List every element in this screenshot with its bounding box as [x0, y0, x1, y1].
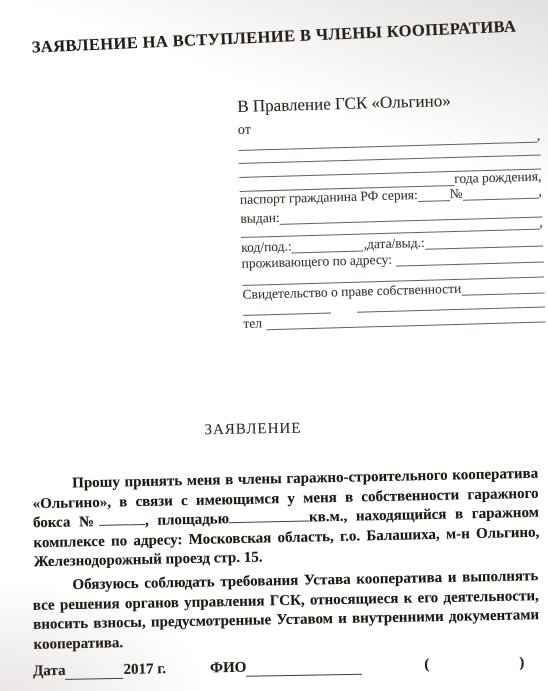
- number-sign: №: [450, 186, 463, 201]
- name-blank: [246, 660, 362, 677]
- signature-line: Дата2017 г.ФИО(): [33, 655, 541, 681]
- section-heading: ЗАЯВЛЕНИЕ: [0, 416, 548, 443]
- comma-suffix: ,: [538, 184, 542, 199]
- paragraph-text: , площадью: [145, 511, 229, 529]
- name-label: ФИО: [210, 660, 247, 678]
- birth-label: года рождения,: [454, 169, 542, 186]
- open-paren: (: [424, 657, 429, 674]
- spacer: [166, 677, 210, 678]
- area-blank: [229, 509, 309, 524]
- comma-suffix: ,: [539, 215, 543, 230]
- close-paren: ): [519, 655, 524, 672]
- residing-label: проживающего по адресу:: [241, 252, 392, 271]
- issued-label: выдан:: [240, 210, 280, 226]
- passport-series-blank: [418, 200, 450, 202]
- passport-number-blank: [463, 198, 539, 201]
- obligation-paragraph: Обязуюсь соблюдать требования Устава коо…: [32, 567, 539, 655]
- date-label: Дата: [33, 663, 66, 681]
- phone-label: тел: [243, 316, 262, 331]
- addressee-to: В Правление ГСК «Ольгино»: [237, 88, 539, 117]
- code-label: код/под.:: [241, 239, 292, 255]
- date-blank: [65, 664, 123, 680]
- phone-blank: [266, 321, 545, 330]
- document-title: ЗАЯВЛЕНИЕ НА ВСТУПЛЕНИЕ В ЧЛЕНЫ КООПЕРАТ…: [0, 15, 548, 59]
- signature-space: [429, 672, 519, 674]
- passport-label: паспорт гражданина РФ серия:: [240, 187, 418, 206]
- scanned-application-photo: ЗАЯВЛЕНИЕ НА ВСТУПЛЕНИЕ В ЧЛЕНЫ КООПЕРАТ…: [0, 0, 548, 691]
- addressee-block: В Правление ГСК «Ольгино» от , года рожд…: [237, 88, 545, 331]
- box-number-blank: [99, 512, 145, 526]
- request-paragraph: Прошу принять меня в члены гаражно-строи…: [32, 465, 540, 574]
- comma-suffix: ,: [537, 128, 541, 143]
- issue-date-label: ,дата/выд.:: [363, 235, 425, 251]
- spacer: [362, 674, 424, 675]
- year-label: 2017 г.: [123, 661, 166, 679]
